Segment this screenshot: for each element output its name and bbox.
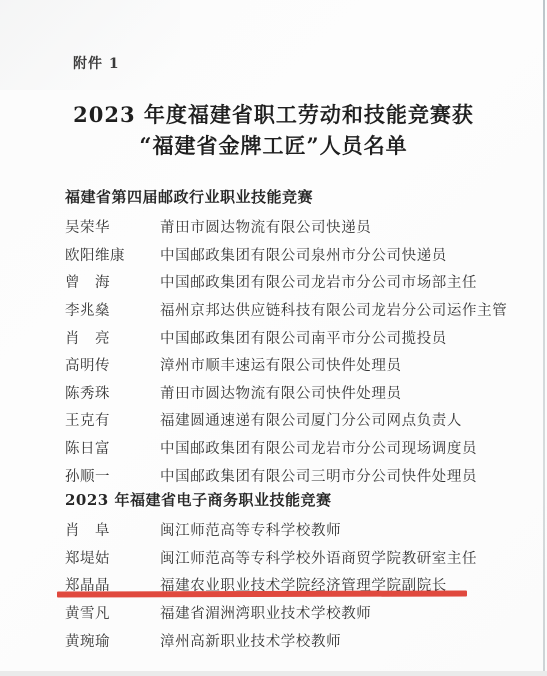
document-title-line-1: 2023 年度福建省职工劳动和技能竞赛获 <box>0 99 547 130</box>
awardee-organization-title: 莆田市圆达物流有限公司快件处理员 <box>160 382 515 403</box>
award-row: 肖 亮中国邮政集团有限公司南平市分公司揽投员 <box>65 323 515 351</box>
awardee-organization-title: 福建省湄洲湾职业技术学校教师 <box>160 602 515 623</box>
awardee-name: 王克有 <box>65 409 160 430</box>
awardee-name: 陈秀珠 <box>65 382 160 403</box>
awardee-organization-title: 中国邮政集团有限公司三明市分公司快件处理员 <box>160 465 515 486</box>
scan-edge-bottom <box>0 671 547 676</box>
awardee-organization-title: 中国邮政集团有限公司龙岩市分公司市场部主任 <box>160 271 515 292</box>
scanned-document-page: 附件 1 2023 年度福建省职工劳动和技能竞赛获 “福建省金牌工匠”人员名单 … <box>0 0 547 676</box>
award-sections-container: 福建省第四届邮政行业职业技能竞赛吴荣华莆田市圆达物流有限公司快递员欧阳维康中国邮… <box>65 186 515 654</box>
award-row: 陈秀珠莆田市圆达物流有限公司快件处理员 <box>65 379 515 407</box>
award-row: 吴荣华莆田市圆达物流有限公司快递员 <box>65 213 515 241</box>
award-row: 高明传漳州市顺丰速运有限公司快件处理员 <box>65 351 515 379</box>
document-title-line-2: “福建省金牌工匠”人员名单 <box>0 130 547 161</box>
scan-edge-right <box>543 0 545 676</box>
awardee-organization-title: 漳州高新职业技术学校教师 <box>160 630 515 651</box>
awardee-organization-title: 中国邮政集团有限公司龙岩市分公司现场调度员 <box>160 437 515 458</box>
award-row: 李兆燊福州京邦达供应链科技有限公司龙岩分公司运作主管 <box>65 296 515 324</box>
award-row: 王克有福建圆通速递有限公司厦门分公司网点负责人 <box>65 406 515 434</box>
red-underline-highlight <box>57 591 467 598</box>
awardee-name: 高明传 <box>65 354 160 375</box>
award-row: 孙顺一中国邮政集团有限公司三明市分公司快件处理员 <box>65 461 515 489</box>
section-heading: 2023 年福建省电子商务职业技能竞赛 <box>65 489 515 516</box>
awardee-name: 郑堤姑 <box>65 547 160 568</box>
awardee-name: 吴荣华 <box>65 216 160 237</box>
awardee-name: 肖 亮 <box>65 327 160 348</box>
awardee-name: 欧阳维康 <box>65 244 160 265</box>
award-row: 黄琬瑜漳州高新职业技术学校教师 <box>65 626 515 654</box>
award-row: 黄雪凡福建省湄洲湾职业技术学校教师 <box>65 599 515 627</box>
awardee-organization-title: 中国邮政集团有限公司泉州市分公司快递员 <box>160 244 515 265</box>
awardee-organization-title: 中国邮政集团有限公司南平市分公司揽投员 <box>160 327 515 348</box>
awardee-name: 孙顺一 <box>65 465 160 486</box>
awardee-organization-title: 福建圆通速递有限公司厦门分公司网点负责人 <box>160 409 515 430</box>
awardee-name: 肖 阜 <box>65 519 160 540</box>
award-row: 陈日富中国邮政集团有限公司龙岩市分公司现场调度员 <box>65 434 515 462</box>
award-row: 欧阳维康中国邮政集团有限公司泉州市分公司快递员 <box>65 241 515 269</box>
document-title: 2023 年度福建省职工劳动和技能竞赛获 “福建省金牌工匠”人员名单 <box>0 99 547 161</box>
awardee-organization-title: 闽江师范高等专科学校外语商贸学院教研室主任 <box>160 547 515 568</box>
attachment-label: 附件 1 <box>73 53 120 73</box>
awardee-organization-title: 闽江师范高等专科学校教师 <box>160 519 515 540</box>
award-row: 肖 阜闽江师范高等专科学校教师 <box>65 516 515 544</box>
award-row: 曾 海中国邮政集团有限公司龙岩市分公司市场部主任 <box>65 268 515 296</box>
award-row: 郑晶晶福建农业职业技术学院经济管理学院副院长 <box>65 571 515 599</box>
awardee-name: 曾 海 <box>65 271 160 292</box>
awardee-organization-title: 福州京邦达供应链科技有限公司龙岩分公司运作主管 <box>160 299 515 320</box>
awardee-organization-title: 莆田市圆达物流有限公司快递员 <box>160 216 515 237</box>
award-row: 郑堤姑闽江师范高等专科学校外语商贸学院教研室主任 <box>65 544 515 572</box>
awardee-organization-title: 漳州市顺丰速运有限公司快件处理员 <box>160 354 515 375</box>
scan-shading <box>0 0 180 90</box>
awardee-name: 陈日富 <box>65 437 160 458</box>
awardee-name: 黄雪凡 <box>65 602 160 623</box>
awardee-name: 李兆燊 <box>65 299 160 320</box>
section-heading: 福建省第四届邮政行业职业技能竞赛 <box>65 186 515 213</box>
awardee-name: 黄琬瑜 <box>65 630 160 651</box>
